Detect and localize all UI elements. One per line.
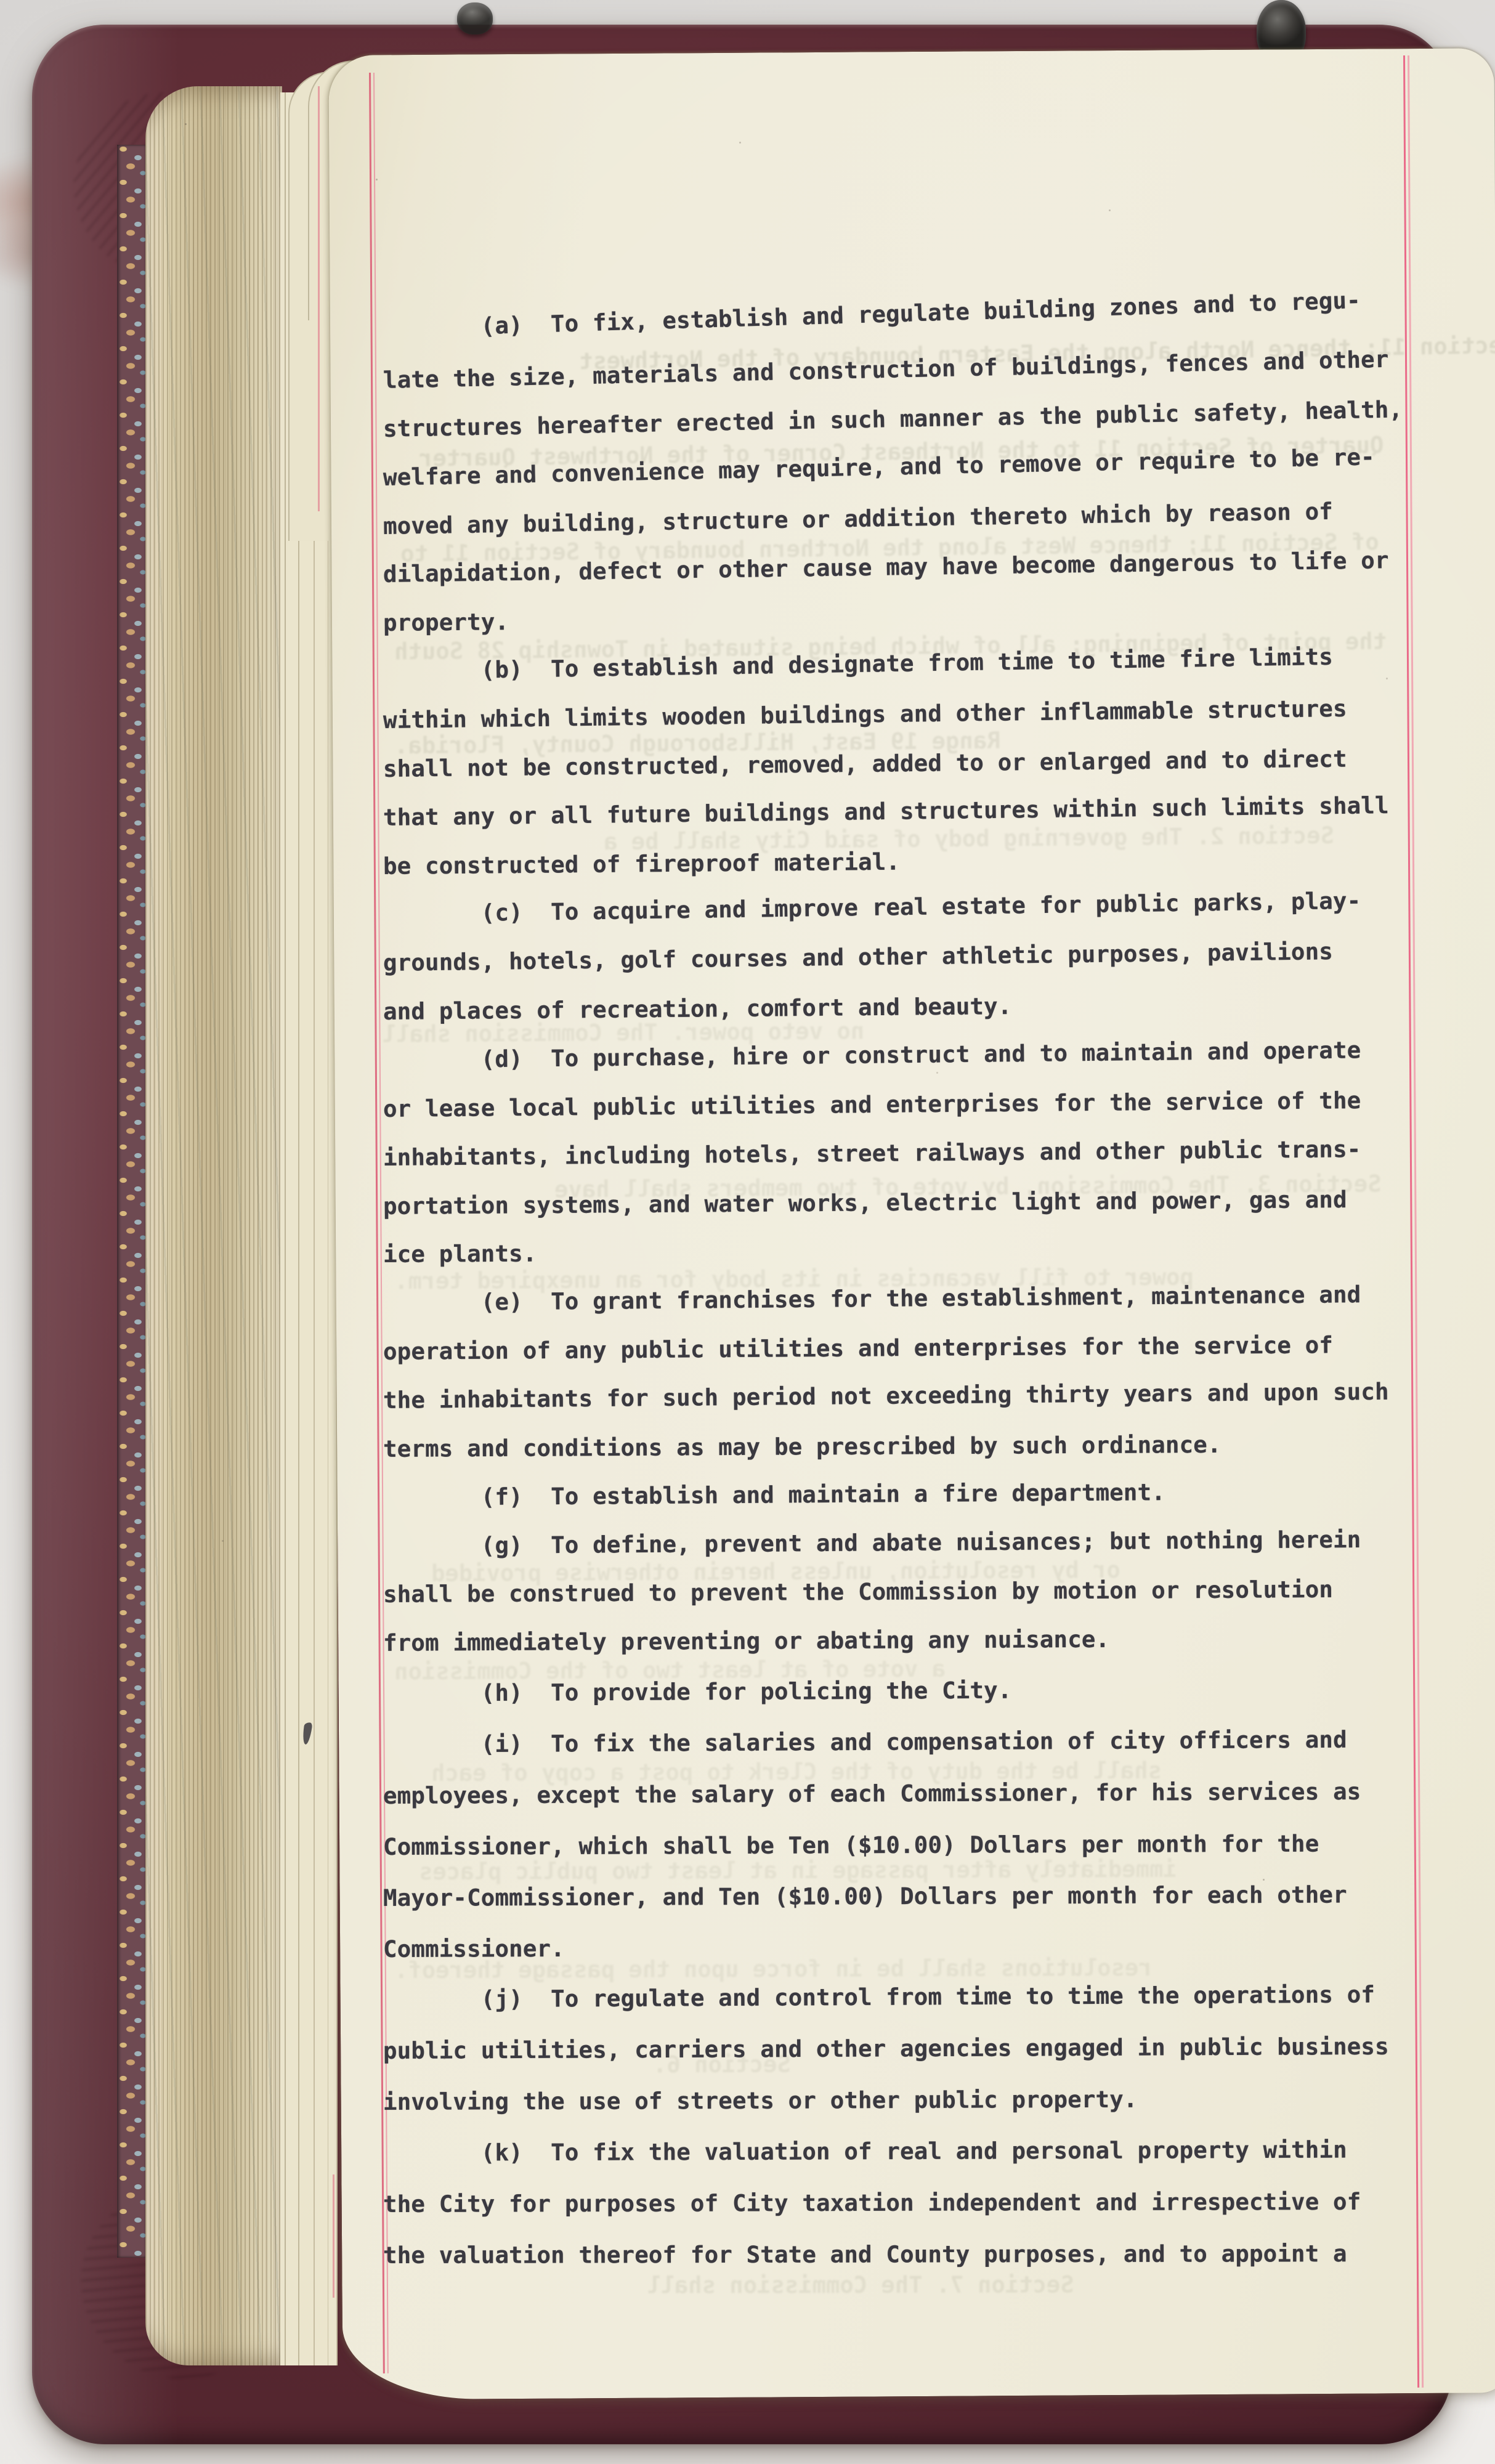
typewritten-line: shall be construed to prevent the Commis…: [383, 1576, 1333, 1608]
typewritten-line: the City for purposes of City taxation i…: [383, 2188, 1361, 2218]
typewritten-line: Commissioner, which shall be Ten ($10.00…: [383, 1830, 1319, 1860]
typewritten-line: from immediately preventing or abating a…: [383, 1626, 1109, 1656]
ghost-text-line: Section 7. The Commission shall: [647, 2271, 1074, 2298]
page-stack-fore-edge: [145, 86, 282, 2365]
under-page-margin-rule: [333, 2174, 334, 2298]
typewritten-line: ice plants.: [383, 1240, 537, 1268]
under-page-margin-rule: [318, 86, 320, 511]
photo-of-minute-book-page: Section 11; thence North along the Easte…: [0, 0, 1495, 2464]
typewritten-line: involving the use of streets or other pu…: [383, 2086, 1138, 2115]
typewritten-line: the valuation thereof for State and Coun…: [383, 2240, 1347, 2269]
typewritten-line: terms and conditions as may be prescribe…: [383, 1431, 1222, 1462]
typewritten-line: be constructed of fireproof material.: [383, 848, 900, 880]
typewritten-line: (h) To provide for policing the City.: [383, 1677, 1012, 1707]
typewritten-line: and places of recreation, comfort and be…: [383, 992, 1012, 1025]
typewritten-line: (k) To fix the valuation of real and per…: [383, 2136, 1347, 2166]
typewritten-line: property.: [383, 608, 509, 636]
typewritten-line: (f) To establish and maintain a fire dep…: [383, 1478, 1165, 1511]
ghost-text-line: immediately after passage in at least tw…: [419, 1856, 1177, 1885]
typewritten-line: Commissioner.: [383, 1935, 565, 1963]
typewritten-line: public utilities, carriers and other age…: [383, 2033, 1389, 2064]
dust-specks: [185, 123, 187, 125]
typewritten-line: (i) To fix the salaries and compensation…: [383, 1726, 1347, 1758]
typewritten-line: employees, except the salary of each Com…: [383, 1778, 1361, 1809]
binding-post: [457, 2, 493, 34]
typewritten-line: Mayor-Commissioner, and Ten ($10.00) Dol…: [383, 1881, 1347, 1911]
marbled-endpaper-edge: [117, 145, 147, 2258]
typewritten-line: (j) To regulate and control from time to…: [383, 1981, 1375, 2013]
